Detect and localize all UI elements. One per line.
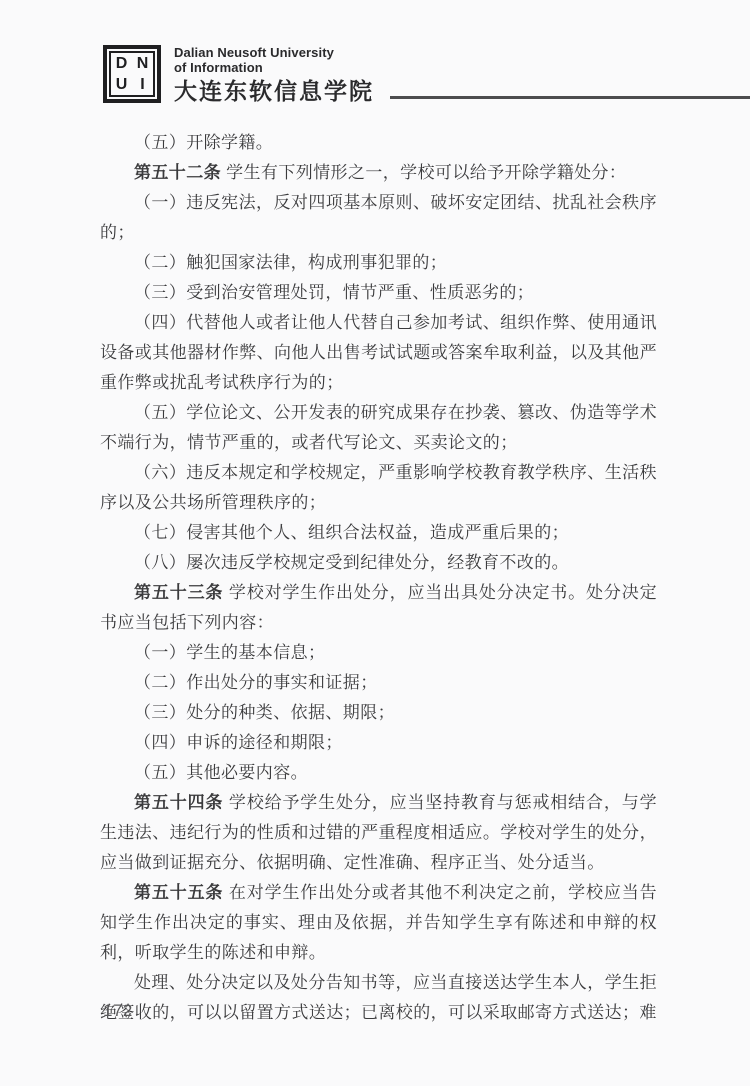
article-number: 第五十五条 <box>134 883 223 902</box>
paragraph: （二）作出处分的事实和证据； <box>100 668 657 698</box>
paragraph-text: （二）触犯国家法律，构成刑事犯罪的； <box>134 253 447 272</box>
article-number: 第五十四条 <box>134 793 223 812</box>
paragraph: （五）其他必要内容。 <box>100 758 657 788</box>
paragraph-text: （三）受到治安管理处罚，情节严重、性质恶劣的； <box>134 283 534 302</box>
university-name-en-line2: of Information <box>174 60 750 75</box>
paragraph: （三）处分的种类、依据、期限； <box>100 698 657 728</box>
dnui-logo-letters: D N U I <box>109 51 155 97</box>
paragraph: （五）学位论文、公开发表的研究成果存在抄袭、篡改、伪造等学术不端行为，情节严重的… <box>100 398 657 458</box>
article-number: 第五十二条 <box>134 163 221 182</box>
paragraph-text: （一）违反宪法，反对四项基本原则、破坏安定团结、扰乱社会秩序的； <box>100 193 657 242</box>
university-name-cn: 大连东软信息学院 <box>174 78 374 104</box>
paragraph-text: （八）屡次违反学校规定受到纪律处分，经教育不改的。 <box>134 553 569 572</box>
paragraph-text: （五）其他必要内容。 <box>134 763 308 782</box>
logo-letter-n: N <box>137 56 149 72</box>
paragraph-text: （二）作出处分的事实和证据； <box>134 673 378 692</box>
paragraph-text: （三）处分的种类、依据、期限； <box>134 703 395 722</box>
paragraph: （七）侵害其他个人、组织合法权益，造成严重后果的； <box>100 518 657 548</box>
paragraph-text: （六）违反本规定和学校规定，严重影响学校教育教学秩序、生活秩序以及公共场所管理秩… <box>100 463 657 512</box>
paragraph: 第五十四条 学校给予学生处分，应当坚持教育与惩戒相结合，与学生违法、违纪行为的性… <box>100 788 657 878</box>
document-page: D N U I Dalian Neusoft University of Inf… <box>0 0 750 1086</box>
paragraph-text: （四）代替他人或者让他人代替自己参加考试、组织作弊、使用通讯设备或其他器材作弊、… <box>100 313 657 392</box>
header-text-block: Dalian Neusoft University of Information… <box>174 45 750 104</box>
paragraph: （五）开除学籍。 <box>100 128 657 158</box>
dnui-logo-icon: D N U I <box>103 45 161 103</box>
paragraph-text: （五）开除学籍。 <box>134 133 273 152</box>
paragraph-text: 处理、处分决定以及处分告知书等，应当直接送达学生本人，学生拒绝签收的，可以以留置… <box>100 973 657 1022</box>
paragraph-text: （七）侵害其他个人、组织合法权益，造成严重后果的； <box>134 523 569 542</box>
header-rule <box>390 96 750 99</box>
logo-letter-d: D <box>116 56 128 72</box>
document-body: （五）开除学籍。第五十二条 学生有下列情形之一，学校可以给予开除学籍处分：（一）… <box>100 128 657 1028</box>
paragraph: 第五十三条 学校对学生作出处分，应当出具处分决定书。处分决定书应当包括下列内容： <box>100 578 657 638</box>
paragraph-text: 学生有下列情形之一，学校可以给予开除学籍处分： <box>221 163 626 182</box>
paragraph: （一）违反宪法，反对四项基本原则、破坏安定团结、扰乱社会秩序的； <box>100 188 657 248</box>
logo-letter-u: U <box>116 77 128 93</box>
paragraph: （六）违反本规定和学校规定，严重影响学校教育教学秩序、生活秩序以及公共场所管理秩… <box>100 458 657 518</box>
paragraph-text: （一）学生的基本信息； <box>134 643 325 662</box>
paragraph: （八）屡次违反学校规定受到纪律处分，经教育不改的。 <box>100 548 657 578</box>
university-name-cn-row: 大连东软信息学院 <box>174 78 750 104</box>
university-name-en-line1: Dalian Neusoft University <box>174 45 750 60</box>
paragraph: （二）触犯国家法律，构成刑事犯罪的； <box>100 248 657 278</box>
logo-letter-i: I <box>140 77 144 93</box>
article-number: 第五十三条 <box>134 583 223 602</box>
paragraph: （四）申诉的途径和期限； <box>100 728 657 758</box>
paragraph: 第五十五条 在对学生作出处分或者其他不利决定之前，学校应当告知学生作出决定的事实… <box>100 878 657 968</box>
paragraph-text: （五）学位论文、公开发表的研究成果存在抄袭、篡改、伪造等学术不端行为，情节严重的… <box>100 403 657 452</box>
page-number: 172 <box>103 1001 133 1021</box>
paragraph-text: （四）申诉的途径和期限； <box>134 733 343 752</box>
paragraph: （三）受到治安管理处罚，情节严重、性质恶劣的； <box>100 278 657 308</box>
paragraph: （一）学生的基本信息； <box>100 638 657 668</box>
paragraph: （四）代替他人或者让他人代替自己参加考试、组织作弊、使用通讯设备或其他器材作弊、… <box>100 308 657 398</box>
paragraph: 处理、处分决定以及处分告知书等，应当直接送达学生本人，学生拒绝签收的，可以以留置… <box>100 968 657 1028</box>
page-header: D N U I Dalian Neusoft University of Inf… <box>103 45 750 104</box>
paragraph: 第五十二条 学生有下列情形之一，学校可以给予开除学籍处分： <box>100 158 657 188</box>
